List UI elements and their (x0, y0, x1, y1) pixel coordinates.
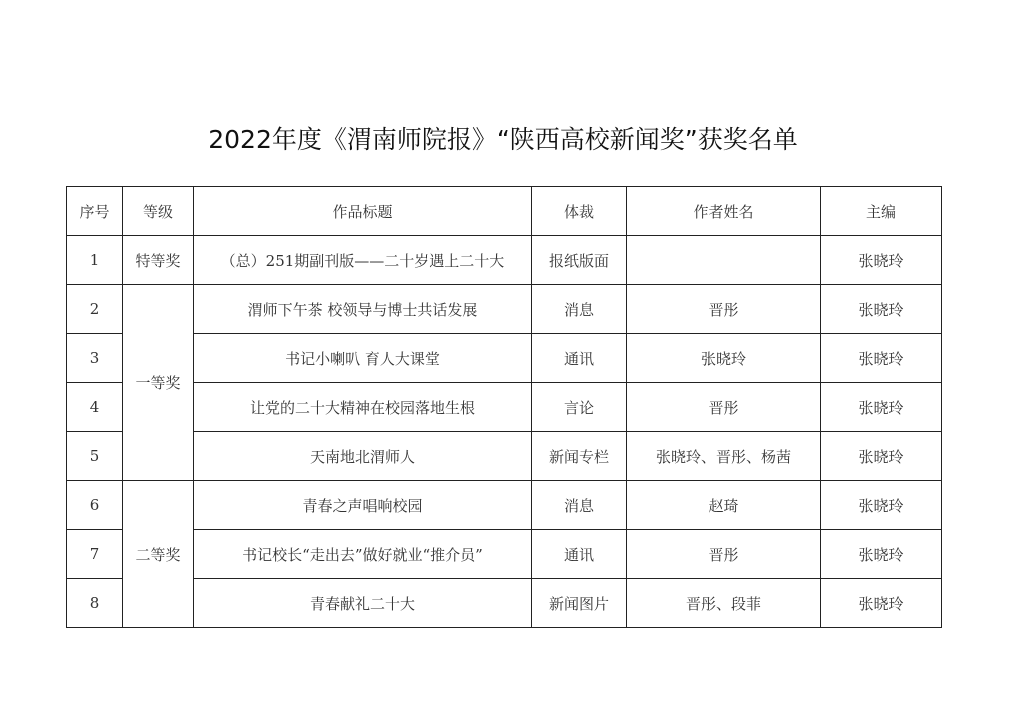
cell-no: 6 (67, 481, 123, 530)
cell-genre: 消息 (532, 285, 627, 334)
cell-genre: 新闻图片 (532, 579, 627, 628)
header-author: 作者姓名 (627, 187, 821, 236)
cell-author: 赵琦 (627, 481, 821, 530)
cell-genre: 言论 (532, 383, 627, 432)
cell-author: 晋彤 (627, 383, 821, 432)
header-title: 作品标题 (194, 187, 532, 236)
cell-editor: 张晓玲 (821, 481, 942, 530)
table-row: 1 特等奖 （总）251期副刊版——二十岁遇上二十大 报纸版面 张晓玲 (67, 236, 942, 285)
table-row: 8 青春献礼二十大 新闻图片 晋彤、段菲 张晓玲 (67, 579, 942, 628)
cell-genre: 报纸版面 (532, 236, 627, 285)
header-no: 序号 (67, 187, 123, 236)
cell-no: 4 (67, 383, 123, 432)
cell-author (627, 236, 821, 285)
cell-title: 渭师下午茶 校领导与博士共话发展 (194, 285, 532, 334)
cell-editor: 张晓玲 (821, 432, 942, 481)
cell-no: 3 (67, 334, 123, 383)
cell-title: 青春献礼二十大 (194, 579, 532, 628)
document-title: 2022年度《渭南师院报》“陕西高校新闻奖”获奖名单 (0, 120, 1006, 156)
table-row: 5 天南地北渭师人 新闻专栏 张晓玲、晋彤、杨茜 张晓玲 (67, 432, 942, 481)
cell-editor: 张晓玲 (821, 334, 942, 383)
cell-genre: 通讯 (532, 334, 627, 383)
header-level: 等级 (123, 187, 194, 236)
cell-level: 特等奖 (123, 236, 194, 285)
cell-editor: 张晓玲 (821, 236, 942, 285)
cell-author: 张晓玲、晋彤、杨茜 (627, 432, 821, 481)
cell-author: 晋彤、段菲 (627, 579, 821, 628)
cell-author: 张晓玲 (627, 334, 821, 383)
cell-author: 晋彤 (627, 530, 821, 579)
cell-editor: 张晓玲 (821, 285, 942, 334)
cell-no: 8 (67, 579, 123, 628)
cell-no: 1 (67, 236, 123, 285)
cell-title: 让党的二十大精神在校园落地生根 (194, 383, 532, 432)
table-row: 4 让党的二十大精神在校园落地生根 言论 晋彤 张晓玲 (67, 383, 942, 432)
cell-no: 7 (67, 530, 123, 579)
cell-editor: 张晓玲 (821, 579, 942, 628)
table-row: 3 书记小喇叭 育人大课堂 通讯 张晓玲 张晓玲 (67, 334, 942, 383)
cell-no: 2 (67, 285, 123, 334)
table-row: 2 一等奖 渭师下午茶 校领导与博士共话发展 消息 晋彤 张晓玲 (67, 285, 942, 334)
cell-genre: 新闻专栏 (532, 432, 627, 481)
cell-genre: 通讯 (532, 530, 627, 579)
cell-genre: 消息 (532, 481, 627, 530)
cell-title: 天南地北渭师人 (194, 432, 532, 481)
table-row: 7 书记校长“走出去”做好就业“推介员” 通讯 晋彤 张晓玲 (67, 530, 942, 579)
cell-level: 一等奖 (123, 285, 194, 481)
cell-title: 书记小喇叭 育人大课堂 (194, 334, 532, 383)
header-editor: 主编 (821, 187, 942, 236)
award-table: 序号 等级 作品标题 体裁 作者姓名 主编 1 特等奖 （总）251期副刊版——… (66, 186, 942, 628)
table-header-row: 序号 等级 作品标题 体裁 作者姓名 主编 (67, 187, 942, 236)
cell-level: 二等奖 (123, 481, 194, 628)
cell-author: 晋彤 (627, 285, 821, 334)
header-genre: 体裁 (532, 187, 627, 236)
cell-title: （总）251期副刊版——二十岁遇上二十大 (194, 236, 532, 285)
cell-title: 书记校长“走出去”做好就业“推介员” (194, 530, 532, 579)
cell-no: 5 (67, 432, 123, 481)
cell-editor: 张晓玲 (821, 530, 942, 579)
table-row: 6 二等奖 青春之声唱响校园 消息 赵琦 张晓玲 (67, 481, 942, 530)
cell-editor: 张晓玲 (821, 383, 942, 432)
cell-title: 青春之声唱响校园 (194, 481, 532, 530)
